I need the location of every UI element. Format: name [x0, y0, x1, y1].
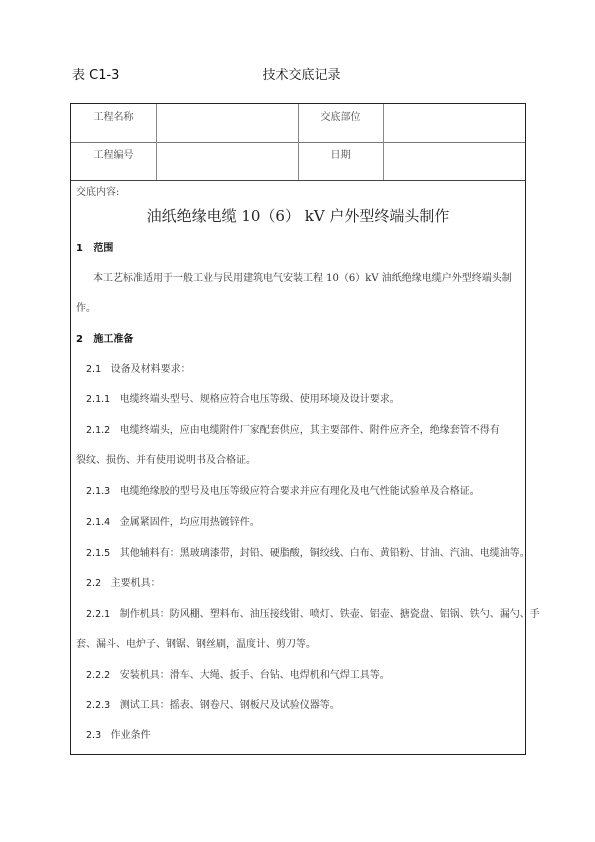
project-name-label: 工程名称	[71, 108, 156, 123]
handover-part-field[interactable]	[384, 108, 525, 142]
item-2-1-2-cont: 裂纹、损伤、并有使用说明书及合格证。	[76, 451, 520, 466]
item-2-2-2: 2.2.2 安装机具：滑车、大绳、扳手、台钻、电焊机和气焊工具等。	[86, 666, 520, 681]
item-2-3: 2.3 作业条件	[86, 726, 520, 741]
item-2-2-1-cont: 套、漏斗、电炉子、钢锯、钢丝刷，温度计、剪刀等。	[76, 635, 520, 650]
item-2-1: 2.1 设备及材料要求：	[86, 360, 520, 375]
project-number-field[interactable]	[157, 146, 298, 180]
item-2-2-3: 2.2.3 测试工具：摇表、钢卷尺、钢板尺及试验仪器等。	[86, 696, 520, 711]
section-title: 范围	[93, 243, 113, 254]
section-title: 施工准备	[93, 334, 133, 345]
item-2-2-1: 2.2.1 制作机具：防风棚、塑料布、油压接线钳、喷灯、铁壶、铝壶、搪瓷盘、铝锅…	[86, 605, 520, 620]
item-2-1-2: 2.1.2 电缆终端头，应由电缆附件厂家配套供应，其主要部件、附件应齐全，绝缘套…	[86, 421, 520, 436]
handover-record-form: 工程名称 交底部位 工程编号 日期 交底内容: 油纸绝缘电缆 10（6） kV …	[70, 103, 526, 755]
item-2-1-3: 2.1.3 电缆绝缘胶的型号及电压等级应符合要求并应有理化及电气性能试验单及合格…	[86, 482, 520, 497]
date-label: 日期	[298, 146, 383, 161]
section-number: 1	[76, 243, 83, 254]
main-heading: 油纸绝缘电缆 10（6） kV 户外型终端头制作	[71, 205, 525, 226]
scope-paragraph-line1: 本工艺标准适用于一般工业与民用建筑电气安装工程 10（6）kV 油纸绝缘电缆户外…	[83, 269, 520, 284]
content-label: 交底内容:	[76, 183, 119, 198]
section-number: 2	[76, 334, 83, 345]
section-1-heading: 1 范围	[76, 239, 520, 254]
handover-part-label: 交底部位	[298, 108, 383, 123]
date-field[interactable]	[384, 146, 525, 180]
document-title: 技术交底记录	[0, 64, 595, 83]
project-number-label: 工程编号	[71, 146, 156, 161]
content-area: 交底内容: 油纸绝缘电缆 10（6） kV 户外型终端头制作 1 范围 本工艺标…	[71, 180, 525, 754]
section-2-heading: 2 施工准备	[76, 330, 520, 345]
item-2-1-4: 2.1.4 金属紧固件，均应用热镀锌件。	[86, 513, 520, 528]
item-2-2: 2.2 主要机具：	[86, 574, 520, 589]
item-2-1-1: 2.1.1 电缆终端头型号、规格应符合电压等级、使用环境及设计要求。	[86, 390, 520, 405]
scope-paragraph-line2: 作。	[76, 299, 520, 314]
project-name-field[interactable]	[157, 108, 298, 142]
item-2-1-5: 2.1.5 其他辅料有：黑玻璃漆带，封铅、硬脂酸，铜绞线、白布、黄铅粉、甘油、汽…	[86, 544, 520, 559]
